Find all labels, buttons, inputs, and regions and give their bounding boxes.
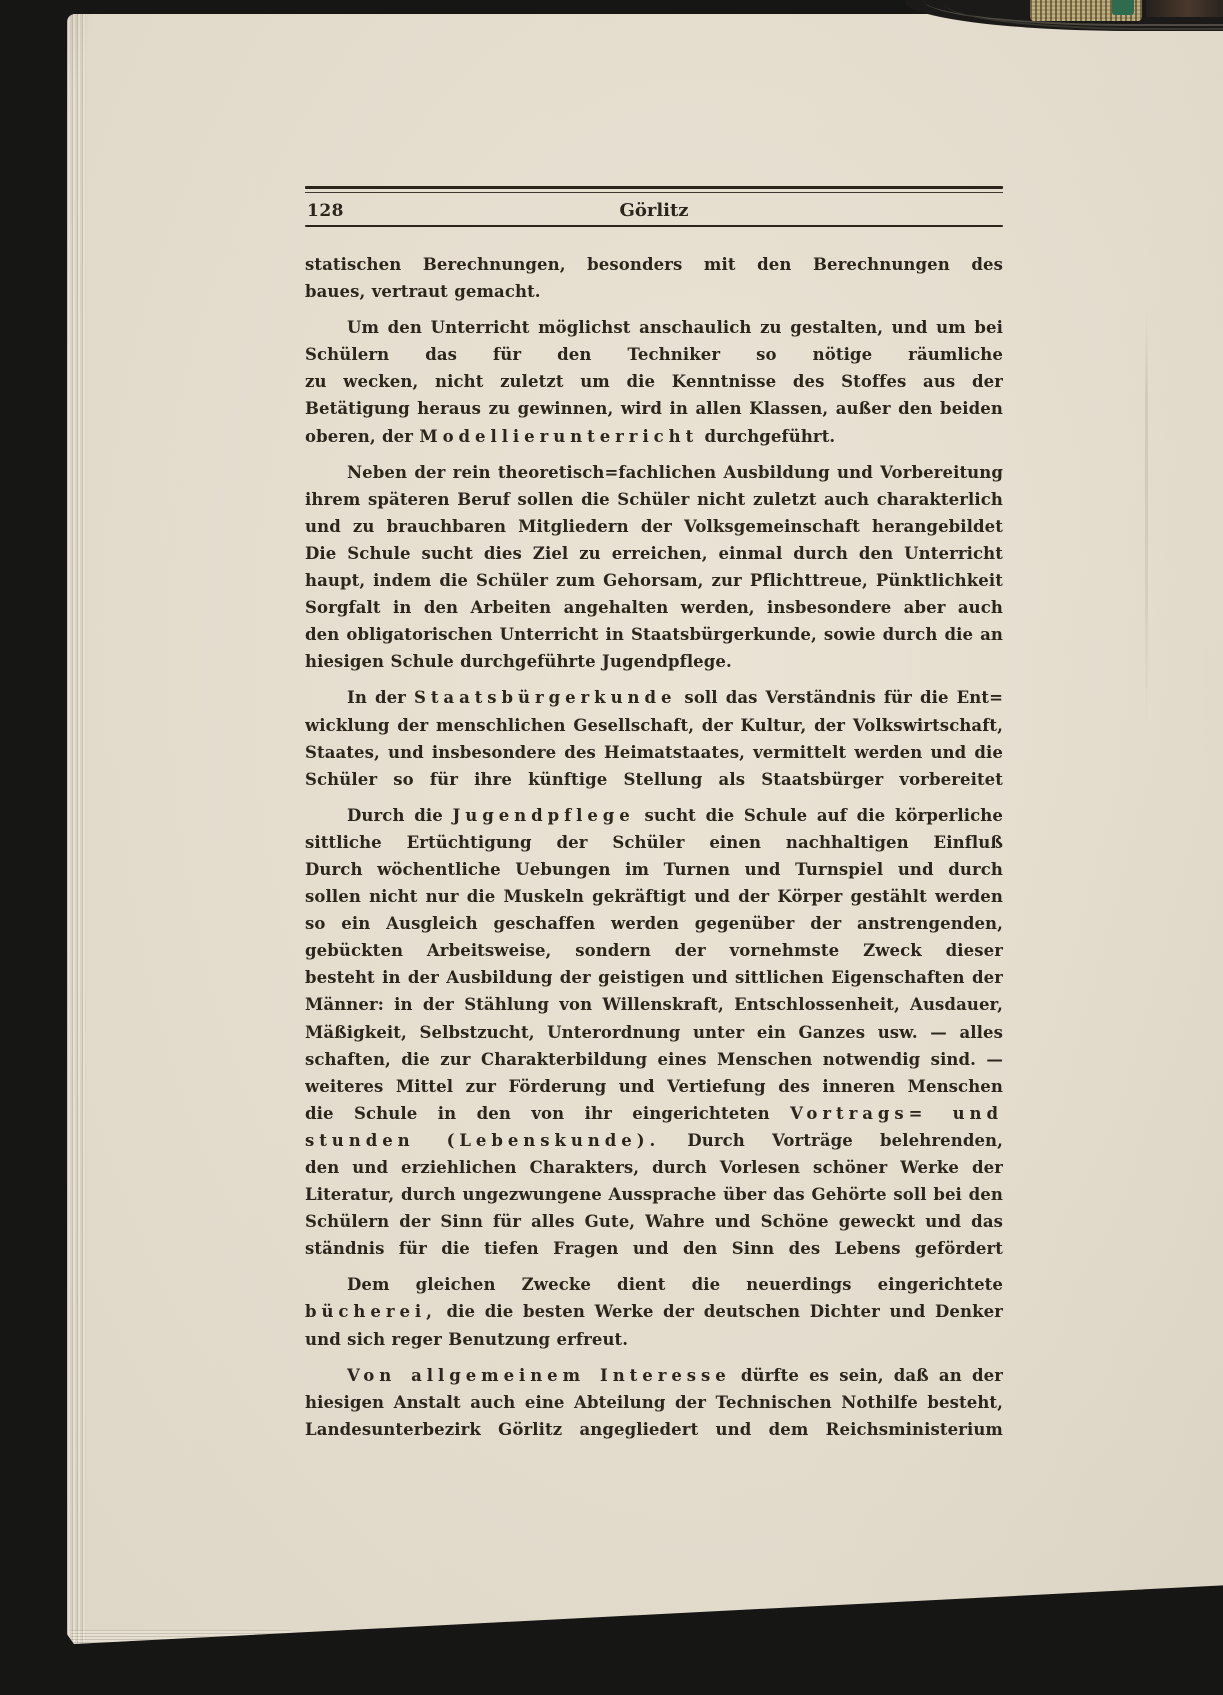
- scanned-book-photo: 128 Görlitz statischen Berechnungen, bes…: [0, 0, 1223, 1695]
- text-line: Staates, und insbesondere des Heimatstaa…: [305, 739, 1003, 766]
- text-line: stunden (Lebenskunde). Durch Vorträge be…: [305, 1127, 1003, 1154]
- text-line: Männer: in der Stählung von Willenskraft…: [305, 991, 1003, 1018]
- letterspaced-text: Staatsbürgerkunde: [414, 688, 676, 707]
- page-header: 128 Görlitz: [305, 186, 1003, 227]
- letterspaced-text: Von allgemeinem Interesse: [347, 1366, 731, 1385]
- paper-crease: [1145, 304, 1148, 734]
- letterspaced-text: stunden (Lebenskunde).: [305, 1131, 660, 1150]
- text-line: den und erziehlichen Charakters, durch V…: [305, 1154, 1003, 1181]
- text-line: ständnis für die tiefen Fragen und den S…: [305, 1235, 1003, 1262]
- text-line: Landesunterbezirk Görlitz angegliedert u…: [305, 1416, 1003, 1443]
- text-line: wicklung der menschlichen Gesellschaft, …: [305, 712, 1003, 739]
- text-line: hiesigen Schule durchgeführte Jugendpfle…: [305, 648, 1003, 675]
- text-line: Schüler so für ihre künftige Stellung al…: [305, 766, 1003, 793]
- text-line: baues, vertraut gemacht.: [305, 278, 1003, 305]
- text-line: Durch die Jugendpflege sucht die Schule …: [305, 802, 1003, 829]
- header-row: 128 Görlitz: [305, 195, 1003, 225]
- header-rule-bottom: [305, 225, 1003, 227]
- text-line: besteht in der Ausbildung der geistigen …: [305, 964, 1003, 991]
- running-title: Görlitz: [305, 200, 1003, 221]
- paragraph: Dem gleichen Zwecke dient die neuerdings…: [305, 1271, 1003, 1352]
- text-line: weiteres Mittel zur Förderung und Vertie…: [305, 1073, 1003, 1100]
- text-line: den obligatorischen Unterricht in Staats…: [305, 621, 1003, 648]
- text-line: In der Staatsbürgerkunde soll das Verstä…: [305, 684, 1003, 711]
- text-line: die Schule in den von ihr eingerichteten…: [305, 1100, 1003, 1127]
- text-line: sollen nicht nur die Muskeln gekräftigt …: [305, 883, 1003, 910]
- text-line: Schülern das für den Techniker so nötige…: [305, 341, 1003, 368]
- page-stack-edge-bottom: [71, 1630, 291, 1644]
- page-stack-edge: [67, 14, 86, 1644]
- text-line: bücherei, die die besten Werke der deuts…: [305, 1298, 1003, 1325]
- paragraph: Um den Unterricht möglichst anschaulich …: [305, 314, 1003, 449]
- paragraph: In der Staatsbürgerkunde soll das Verstä…: [305, 684, 1003, 792]
- book-cover-corner: [1146, 0, 1223, 17]
- book-headband-accent: [1112, 0, 1134, 15]
- text-line: so ein Ausgleich geschaffen werden gegen…: [305, 910, 1003, 937]
- paragraph: Von allgemeinem Interesse dürfte es sein…: [305, 1362, 1003, 1443]
- text-line: statischen Berechnungen, besonders mit d…: [305, 251, 1003, 278]
- text-line: hiesigen Anstalt auch eine Abteilung der…: [305, 1389, 1003, 1416]
- text-line: ihrem späteren Beruf sollen die Schüler …: [305, 486, 1003, 513]
- text-line: und zu brauchbaren Mitgliedern der Volks…: [305, 513, 1003, 540]
- text-line: Dem gleichen Zwecke dient die neuerdings…: [305, 1271, 1003, 1298]
- text-line: Neben der rein theoretisch=fachlichen Au…: [305, 459, 1003, 486]
- text-line: schaften, die zur Charakterbildung eines…: [305, 1046, 1003, 1073]
- header-rule-thick: [305, 186, 1003, 189]
- text-line: Durch wöchentliche Uebungen im Turnen un…: [305, 856, 1003, 883]
- paragraph: statischen Berechnungen, besonders mit d…: [305, 251, 1003, 305]
- text-line: Literatur, durch ungezwungene Aussprache…: [305, 1181, 1003, 1208]
- paragraph: Neben der rein theoretisch=fachlichen Au…: [305, 459, 1003, 676]
- text-block: statischen Berechnungen, besonders mit d…: [305, 251, 1003, 1452]
- text-line: Die Schule sucht dies Ziel zu erreichen,…: [305, 540, 1003, 567]
- text-line: Von allgemeinem Interesse dürfte es sein…: [305, 1362, 1003, 1389]
- paragraph: Durch die Jugendpflege sucht die Schule …: [305, 802, 1003, 1263]
- text-line: sittliche Ertüchtigung der Schüler einen…: [305, 829, 1003, 856]
- header-rule-thin: [305, 192, 1003, 193]
- text-line: Schülern der Sinn für alles Gute, Wahre …: [305, 1208, 1003, 1235]
- letterspaced-text: bücherei,: [305, 1302, 437, 1321]
- text-line: Um den Unterricht möglichst anschaulich …: [305, 314, 1003, 341]
- text-line: oberen, der Modellierunterricht durchgef…: [305, 423, 1003, 450]
- book-page: 128 Görlitz statischen Berechnungen, bes…: [67, 14, 1223, 1644]
- text-line: gebückten Arbeitsweise, sondern der vorn…: [305, 937, 1003, 964]
- letterspaced-text: Modellierunterricht: [419, 427, 698, 446]
- text-line: zu wecken, nicht zuletzt um die Kenntnis…: [305, 368, 1003, 395]
- text-line: Sorgfalt in den Arbeiten angehalten werd…: [305, 594, 1003, 621]
- text-line: haupt, indem die Schüler zum Gehorsam, z…: [305, 567, 1003, 594]
- text-line: und sich reger Benutzung erfreut.: [305, 1326, 1003, 1353]
- text-line: Betätigung heraus zu gewinnen, wird in a…: [305, 395, 1003, 422]
- printed-content: 128 Görlitz statischen Berechnungen, bes…: [305, 14, 1003, 1644]
- text-line: Mäßigkeit, Selbstzucht, Unterordnung unt…: [305, 1019, 1003, 1046]
- letterspaced-text: Jugendpflege: [453, 806, 635, 825]
